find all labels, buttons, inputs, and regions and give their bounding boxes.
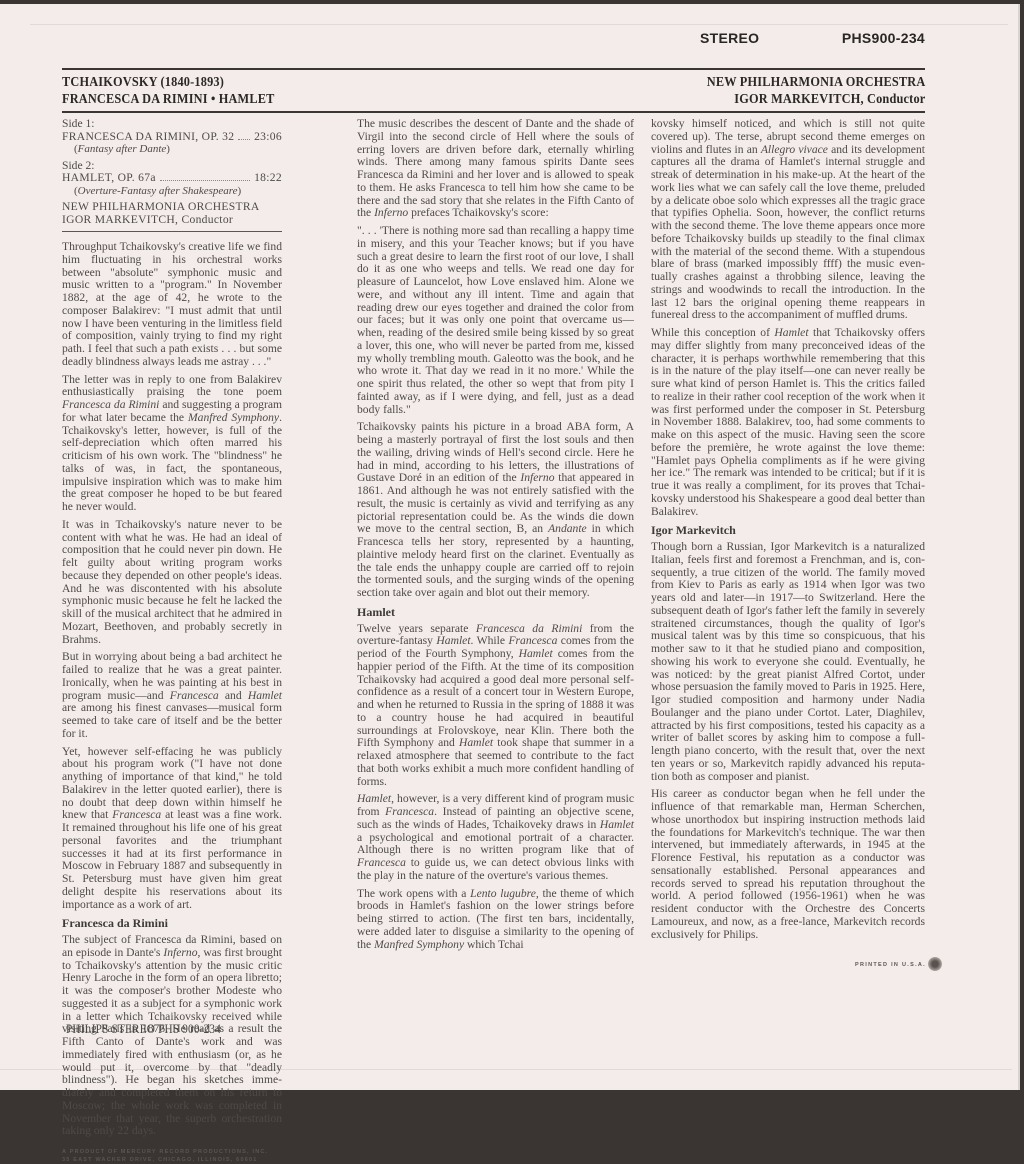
tracklist-rule (62, 231, 282, 232)
paragraph: Hamlet, however, is a very different kin… (357, 793, 634, 882)
tracklist: Side 1: FRANCESCA DA RIMINI, OP. 32 23:0… (62, 118, 282, 232)
track-subtitle: (Fantasy after Dante) (62, 143, 282, 156)
paragraph: Twelve years separate Francesca da Rimin… (357, 623, 634, 789)
track-duration: 18:22 (254, 172, 282, 185)
paragraph: The subject of Francesca da Rimini, base… (62, 934, 282, 1094)
header-rule-top (62, 68, 925, 70)
paragraph: His career as conductor began when he fe… (651, 788, 925, 941)
section-heading-markevitch: Igor Markevitch (651, 524, 925, 537)
paragraph: The letter was in reply to one from Bala… (62, 374, 282, 514)
paragraph: The work opens with a Lento lugubre, the… (357, 888, 634, 952)
conductor-role: Conductor (867, 92, 925, 107)
footer-catalog-line: PHILIPS STEREO PHS 900-234 (66, 1022, 221, 1037)
composer-line: TCHAIKOVSKY (1840-1893) (62, 74, 275, 91)
paragraph: Throughput Tchaikovsky's creative life w… (62, 241, 282, 369)
paragraph: While this conception of Hamlet that Tch… (651, 327, 925, 518)
leader-dots (160, 180, 250, 181)
paragraph: Yet, however self-effacing he was public… (62, 746, 282, 912)
conductor-name: IGOR MARKEVITCH, (734, 92, 863, 107)
paragraph: Tchaikovsky paints his picture in a broa… (357, 421, 634, 600)
liner-notes-column-2: The music describes the descent of Dante… (357, 118, 634, 956)
paragraph: The music describes the descent of Dante… (357, 118, 634, 220)
section-heading-francesca: Francesca da Rimini (62, 917, 282, 930)
catalog-number: PHS900-234 (842, 30, 925, 46)
fold-line (30, 24, 1008, 25)
orchestra-name: NEW PHILHARMONIA ORCHESTRA (706, 74, 925, 91)
header-rule-bottom (62, 111, 925, 113)
printed-in-usa: PRINTED IN U.S.A. (855, 962, 926, 968)
track-side-1: FRANCESCA DA RIMINI, OP. 32 23:06 (62, 131, 282, 144)
quotation: ". . . 'There is nothing more sad than r… (357, 225, 634, 416)
paragraph: But in worrying about being a bad archit… (62, 651, 282, 740)
leader-dots (238, 139, 250, 140)
title-block: TCHAIKOVSKY (1840-1893) FRANCESCA DA RIM… (62, 74, 275, 108)
paragraph: kovsky himself noticed, and which is sti… (651, 118, 925, 322)
liner-notes-column-3: kovsky himself noticed, and which is sti… (651, 118, 925, 946)
stain-mark (928, 957, 942, 971)
liner-notes-column-1: Side 1: FRANCESCA DA RIMINI, OP. 32 23:0… (62, 118, 282, 1094)
track-title: HAMLET, OP. 67a (62, 172, 156, 185)
conductor-credit: IGOR MARKEVITCH, Conductor (62, 214, 282, 227)
paragraph: It was in Tchaikovsky's nature never to … (62, 519, 282, 647)
track-subtitle: (Overture-Fantasy after Shakespeare) (62, 185, 282, 198)
stereo-label: STEREO (700, 30, 759, 46)
performer-block: NEW PHILHARMONIA ORCHESTRA IGOR MARKEVIT… (706, 74, 925, 108)
track-duration: 23:06 (254, 131, 282, 144)
catalog-header: STEREO PHS900-234 (700, 30, 925, 46)
paragraph: Though born a Russian, Igor Markevitch i… (651, 541, 925, 783)
works-line: FRANCESCA DA RIMINI • HAMLET (62, 91, 275, 108)
track-title: FRANCESCA DA RIMINI, OP. 32 (62, 131, 234, 144)
side-1-label: Side 1: (62, 118, 282, 131)
section-heading-hamlet: Hamlet (357, 606, 634, 619)
track-side-2: HAMLET, OP. 67a 18:22 (62, 172, 282, 185)
